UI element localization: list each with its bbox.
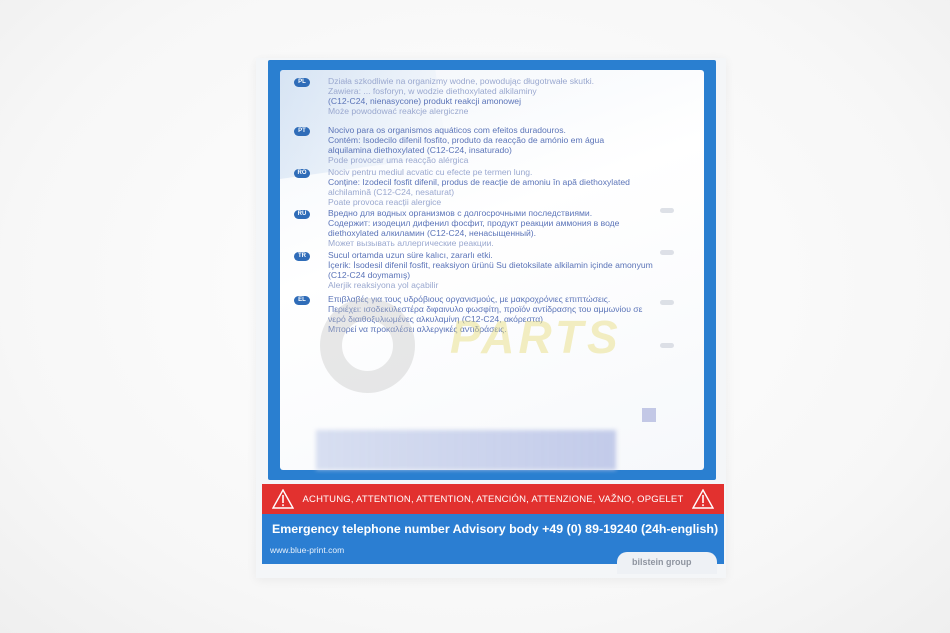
small-square-mark — [642, 408, 656, 422]
section-ro: RO Nociv pentru mediul acvatic cu efecte… — [294, 167, 684, 207]
section-pt: PT Nocivo para os organismos aquáticos c… — [294, 125, 684, 165]
text-line: Содержит: изодецил дифенил фосфит, проду… — [328, 218, 684, 228]
warning-text: ACHTUNG, ATTENTION, ATTENTION, ATENCIÓN,… — [303, 494, 684, 505]
lang-badge: EL — [294, 296, 310, 305]
fold-mark — [660, 250, 674, 255]
lang-badge: RU — [294, 210, 310, 219]
text-line: (C12-C24, nienasycone) produkt reakcji a… — [328, 96, 684, 106]
text-line: Επιβλαβές για τους υδρόβιους οργανισμούς… — [328, 294, 684, 304]
text-line: (C12-C24 doymamış) — [328, 270, 684, 280]
blurred-region — [316, 430, 616, 470]
text-line: Sucul ortamda uzun süre kalıcı, zararlı … — [328, 250, 684, 260]
text-line: Może powodować reakcje alergiczne — [328, 106, 684, 116]
label-panel: PL Działa szkodliwie na organizmy wodne,… — [280, 70, 704, 470]
section-tr: TR Sucul ortamda uzun süre kalıcı, zarar… — [294, 250, 684, 290]
text-line: alquilamina diethoxylated (C12-C24, insa… — [328, 145, 684, 155]
text-line: Μπορεί να προκαλέσει αλλεργικές αντιδράσ… — [328, 324, 684, 334]
text-line: alchilamină (C12-C24, nesaturat) — [328, 187, 684, 197]
lang-badge: TR — [294, 252, 310, 261]
text-line: İçerik: İsodesil difenil fosfit, reaksiy… — [328, 260, 684, 270]
brand-logo: bilstein group — [632, 557, 692, 567]
text-line: Conține: Izodecil fosfit difenil, produs… — [328, 177, 684, 187]
fold-mark — [660, 343, 674, 348]
lang-badge: PL — [294, 78, 310, 87]
text-line: diethoxylated алкиламин (C12-C24, ненасы… — [328, 228, 684, 238]
emergency-phone-text: Emergency telephone number Advisory body… — [272, 522, 718, 536]
text-line: Может вызывать аллергические реакции. — [328, 238, 684, 248]
text-line: Nociv pentru mediul acvatic cu efecte pe… — [328, 167, 684, 177]
warning-strip: ACHTUNG, ATTENTION, ATTENTION, ATENCIÓN,… — [262, 484, 724, 514]
lang-badge: PT — [294, 127, 310, 136]
warning-triangle-icon — [272, 489, 294, 509]
text-line: Nocivo para os organismos aquáticos com … — [328, 125, 684, 135]
text-line: Poate provoca reacții alergice — [328, 197, 684, 207]
text-line: νερό διαιθοξυλιωμένες αλκυλαμίνη (C12-C2… — [328, 314, 684, 324]
text-line: Działa szkodliwie na organizmy wodne, po… — [328, 76, 684, 86]
text-line: Περιέχει: ισοδεκυλεστέρα διφαινυλο φωσφί… — [328, 304, 684, 314]
text-line: Alerjik reaksiyona yol açabilir — [328, 280, 684, 290]
text-line: Zawiera: ... fosforyn, w wodzie diethoxy… — [328, 86, 684, 96]
text-line: Contém: Isodecilo difenil fosfito, produ… — [328, 135, 684, 145]
section-pl: PL Działa szkodliwie na organizmy wodne,… — [294, 76, 684, 116]
website-text: www.blue-print.com — [270, 545, 344, 555]
warning-triangle-icon — [692, 489, 714, 509]
section-el: EL Επιβλαβές για τους υδρόβιους οργανισμ… — [294, 294, 684, 334]
fold-mark — [660, 300, 674, 305]
lang-badge: RO — [294, 169, 310, 178]
fold-mark — [660, 208, 674, 213]
section-ru: RU Вредно для водных организмов с долгос… — [294, 208, 684, 248]
text-line: Вредно для водных организмов с долгосроч… — [328, 208, 684, 218]
text-line: Pode provocar uma reacção alérgica — [328, 155, 684, 165]
